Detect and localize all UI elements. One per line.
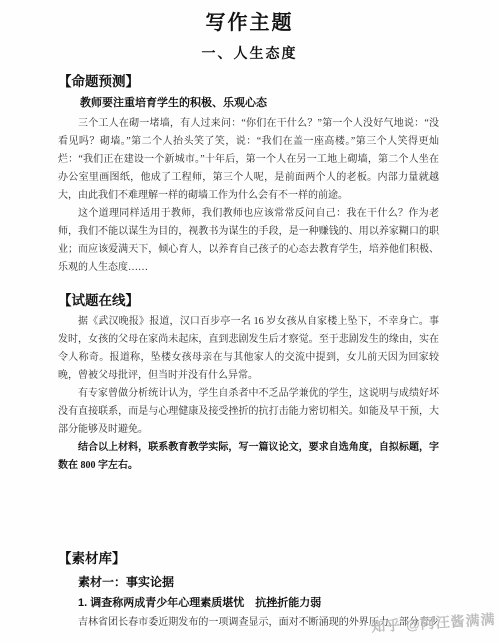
document-page: 写作主题 一、人生态度 【命题预测】 教师要注重培育学生的积极、乐观心态 三个工… bbox=[0, 0, 499, 643]
exam-paragraph-1: 据《武汉晚报》报道，汉口百步亭一名 16 岁女孩从自家楼上坠下，不幸身亡。事发时… bbox=[58, 313, 439, 385]
section-header-forecast: 【命题预测】 bbox=[58, 74, 439, 89]
materials-item-title: 1. 调查称两成青少年心理素质堪忧 抗挫折能力弱 bbox=[78, 597, 439, 610]
exam-paragraph-2: 有专家曾做分析统计认为，学生自杀者中不乏品学兼优的学生，这说明与成绩好坏没有直接… bbox=[58, 385, 439, 439]
exam-task-paragraph: 结合以上材料，联系教育教学实际，写一篇议论文，要求自选角度，自拟标题，字数在 8… bbox=[58, 439, 439, 475]
section-header-materials: 【素材库】 bbox=[58, 551, 439, 566]
materials-subheader: 素材一：事实论据 bbox=[78, 575, 439, 589]
forecast-lead-heading: 教师要注重培育学生的积极、乐观心态 bbox=[58, 97, 439, 110]
page-title: 写作主题 bbox=[0, 0, 499, 35]
forecast-paragraph-2: 这个道理同样适用于教师，我们教师也应该常常反问自己：我在干什么？作为老师，我们不… bbox=[58, 205, 439, 277]
page-subtitle: 一、人生态度 bbox=[0, 45, 499, 61]
forecast-paragraph-1: 三个工人在砌一堵墙，有人过来问：“你们在干什么？”第一个人没好气地说：“没看见吗… bbox=[58, 115, 439, 205]
section-header-exam: 【试题在线】 bbox=[58, 293, 439, 308]
document-body: 【命题预测】 教师要注重培育学生的积极、乐观心态 三个工人在砌一堵墙，有人过来问… bbox=[0, 74, 499, 633]
